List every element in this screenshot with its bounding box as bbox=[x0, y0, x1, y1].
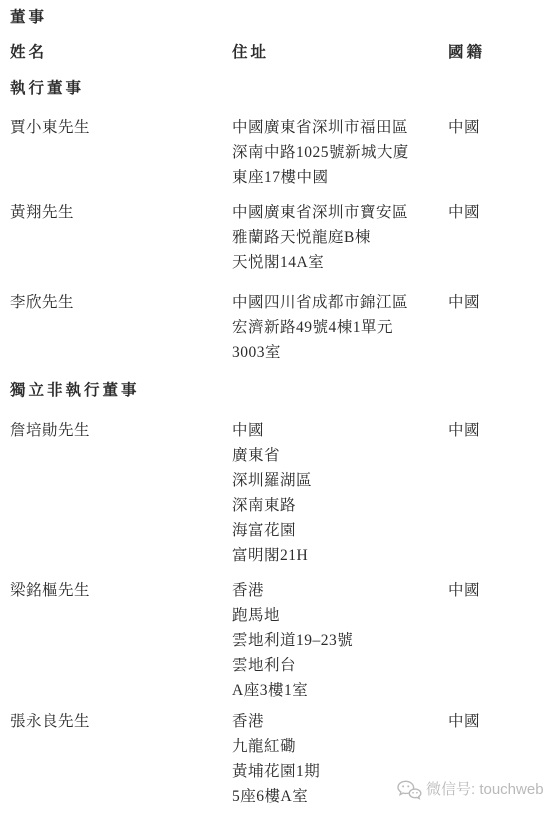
director-row: 詹培勛先生 中國 廣東省 深圳羅湖區 深南東路 海富花園 富明閣21H 中國 bbox=[10, 418, 544, 568]
column-header-address: 住址 bbox=[232, 40, 448, 65]
address-line: 中國廣東省深圳市福田區 bbox=[232, 115, 448, 140]
director-name: 李欣先生 bbox=[10, 290, 232, 365]
address-line: 中國廣東省深圳市寶安區 bbox=[232, 200, 448, 225]
address-line: 富明閣21H bbox=[232, 543, 448, 568]
address-line: 香港 bbox=[232, 709, 448, 734]
address-line: A座3樓1室 bbox=[232, 678, 448, 703]
address-line: 東座17樓中國 bbox=[232, 165, 448, 190]
watermark-label: 微信号: touchweb bbox=[426, 779, 544, 801]
watermark: 微信号: touchweb bbox=[396, 779, 544, 801]
director-address: 香港 跑馬地 雲地利道19–23號 雲地利台 A座3樓1室 bbox=[232, 578, 448, 703]
director-nationality: 中國 bbox=[448, 115, 544, 190]
director-nationality: 中國 bbox=[448, 290, 544, 365]
address-line: 雅蘭路天悦龍庭B棟 bbox=[232, 225, 448, 250]
director-address: 中國廣東省深圳市福田區 深南中路1025號新城大廈 東座17樓中國 bbox=[232, 115, 448, 190]
director-row: 梁銘樞先生 香港 跑馬地 雲地利道19–23號 雲地利台 A座3樓1室 中國 bbox=[10, 578, 544, 703]
director-name: 梁銘樞先生 bbox=[10, 578, 232, 703]
address-line: 雲地利台 bbox=[232, 653, 448, 678]
section-heading-executive-directors: 執行董事 bbox=[10, 76, 544, 101]
director-nationality: 中國 bbox=[448, 418, 544, 568]
director-nationality: 中國 bbox=[448, 578, 544, 703]
address-line: 雲地利道19–23號 bbox=[232, 628, 448, 653]
director-row: 李欣先生 中國四川省成都市錦江區 宏濟新路49號4棟1單元 3003室 中國 bbox=[10, 290, 544, 365]
director-row: 賈小東先生 中國廣東省深圳市福田區 深南中路1025號新城大廈 東座17樓中國 … bbox=[10, 115, 544, 190]
address-line: 跑馬地 bbox=[232, 603, 448, 628]
director-address: 中國四川省成都市錦江區 宏濟新路49號4棟1單元 3003室 bbox=[232, 290, 448, 365]
page-title: 董事 bbox=[10, 5, 544, 30]
address-line: 中國四川省成都市錦江區 bbox=[232, 290, 448, 315]
address-line: 宏濟新路49號4棟1單元 bbox=[232, 315, 448, 340]
director-name: 黃翔先生 bbox=[10, 200, 232, 275]
director-address: 中國 廣東省 深圳羅湖區 深南東路 海富花園 富明閣21H bbox=[232, 418, 448, 568]
document-page: 董事 姓名 住址 國籍 執行董事 賈小東先生 中國廣東省深圳市福田區 深南中路1… bbox=[0, 0, 550, 816]
address-line: 深南東路 bbox=[232, 493, 448, 518]
address-line: 深南中路1025號新城大廈 bbox=[232, 140, 448, 165]
address-line: 3003室 bbox=[232, 340, 448, 365]
wechat-icon bbox=[396, 779, 422, 801]
director-name: 詹培勛先生 bbox=[10, 418, 232, 568]
address-line: 中國 bbox=[232, 418, 448, 443]
director-name: 張永良先生 bbox=[10, 709, 232, 809]
column-header-nationality: 國籍 bbox=[448, 40, 544, 65]
director-nationality: 中國 bbox=[448, 200, 544, 275]
column-header-name: 姓名 bbox=[10, 40, 232, 65]
address-line: 九龍紅磡 bbox=[232, 734, 448, 759]
address-line: 深圳羅湖區 bbox=[232, 468, 448, 493]
address-line: 廣東省 bbox=[232, 443, 448, 468]
director-row: 黃翔先生 中國廣東省深圳市寶安區 雅蘭路天悦龍庭B棟 天悦閣14A室 中國 bbox=[10, 200, 544, 275]
section-heading-independent-non-executive-directors: 獨立非執行董事 bbox=[10, 378, 544, 403]
director-address: 中國廣東省深圳市寶安區 雅蘭路天悦龍庭B棟 天悦閣14A室 bbox=[232, 200, 448, 275]
address-line: 天悦閣14A室 bbox=[232, 250, 448, 275]
table-header-row: 姓名 住址 國籍 bbox=[10, 40, 544, 65]
address-line: 香港 bbox=[232, 578, 448, 603]
address-line: 海富花園 bbox=[232, 518, 448, 543]
director-name: 賈小東先生 bbox=[10, 115, 232, 190]
